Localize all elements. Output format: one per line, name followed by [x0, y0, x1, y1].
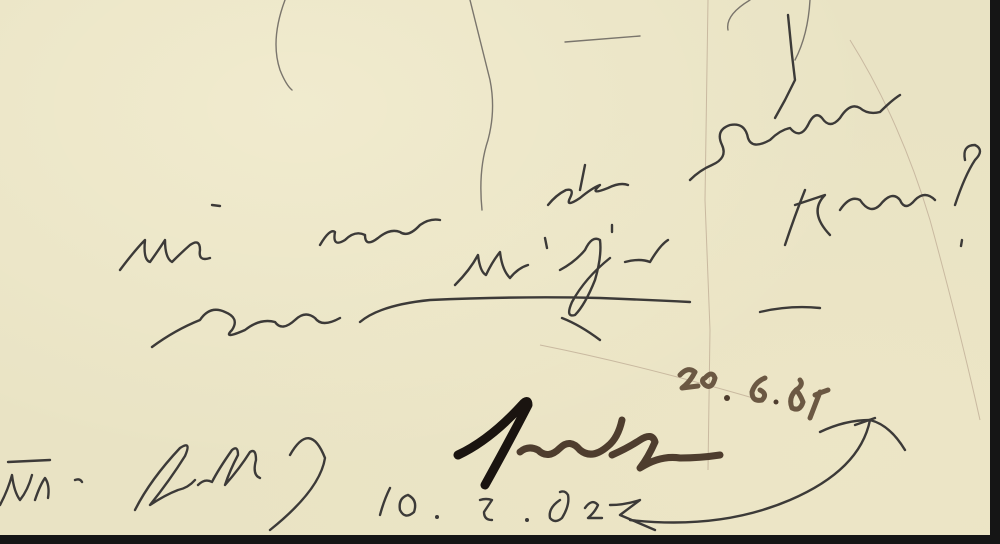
sketch-fragments	[276, 0, 810, 210]
inscription-line-2	[152, 145, 980, 347]
signature-date	[680, 370, 828, 418]
arrow	[630, 418, 905, 523]
inscription-line-1	[120, 95, 900, 270]
handwriting-layer	[0, 0, 1000, 544]
bottom-note	[0, 438, 325, 530]
signature	[458, 402, 720, 486]
bottom-date	[380, 488, 655, 530]
